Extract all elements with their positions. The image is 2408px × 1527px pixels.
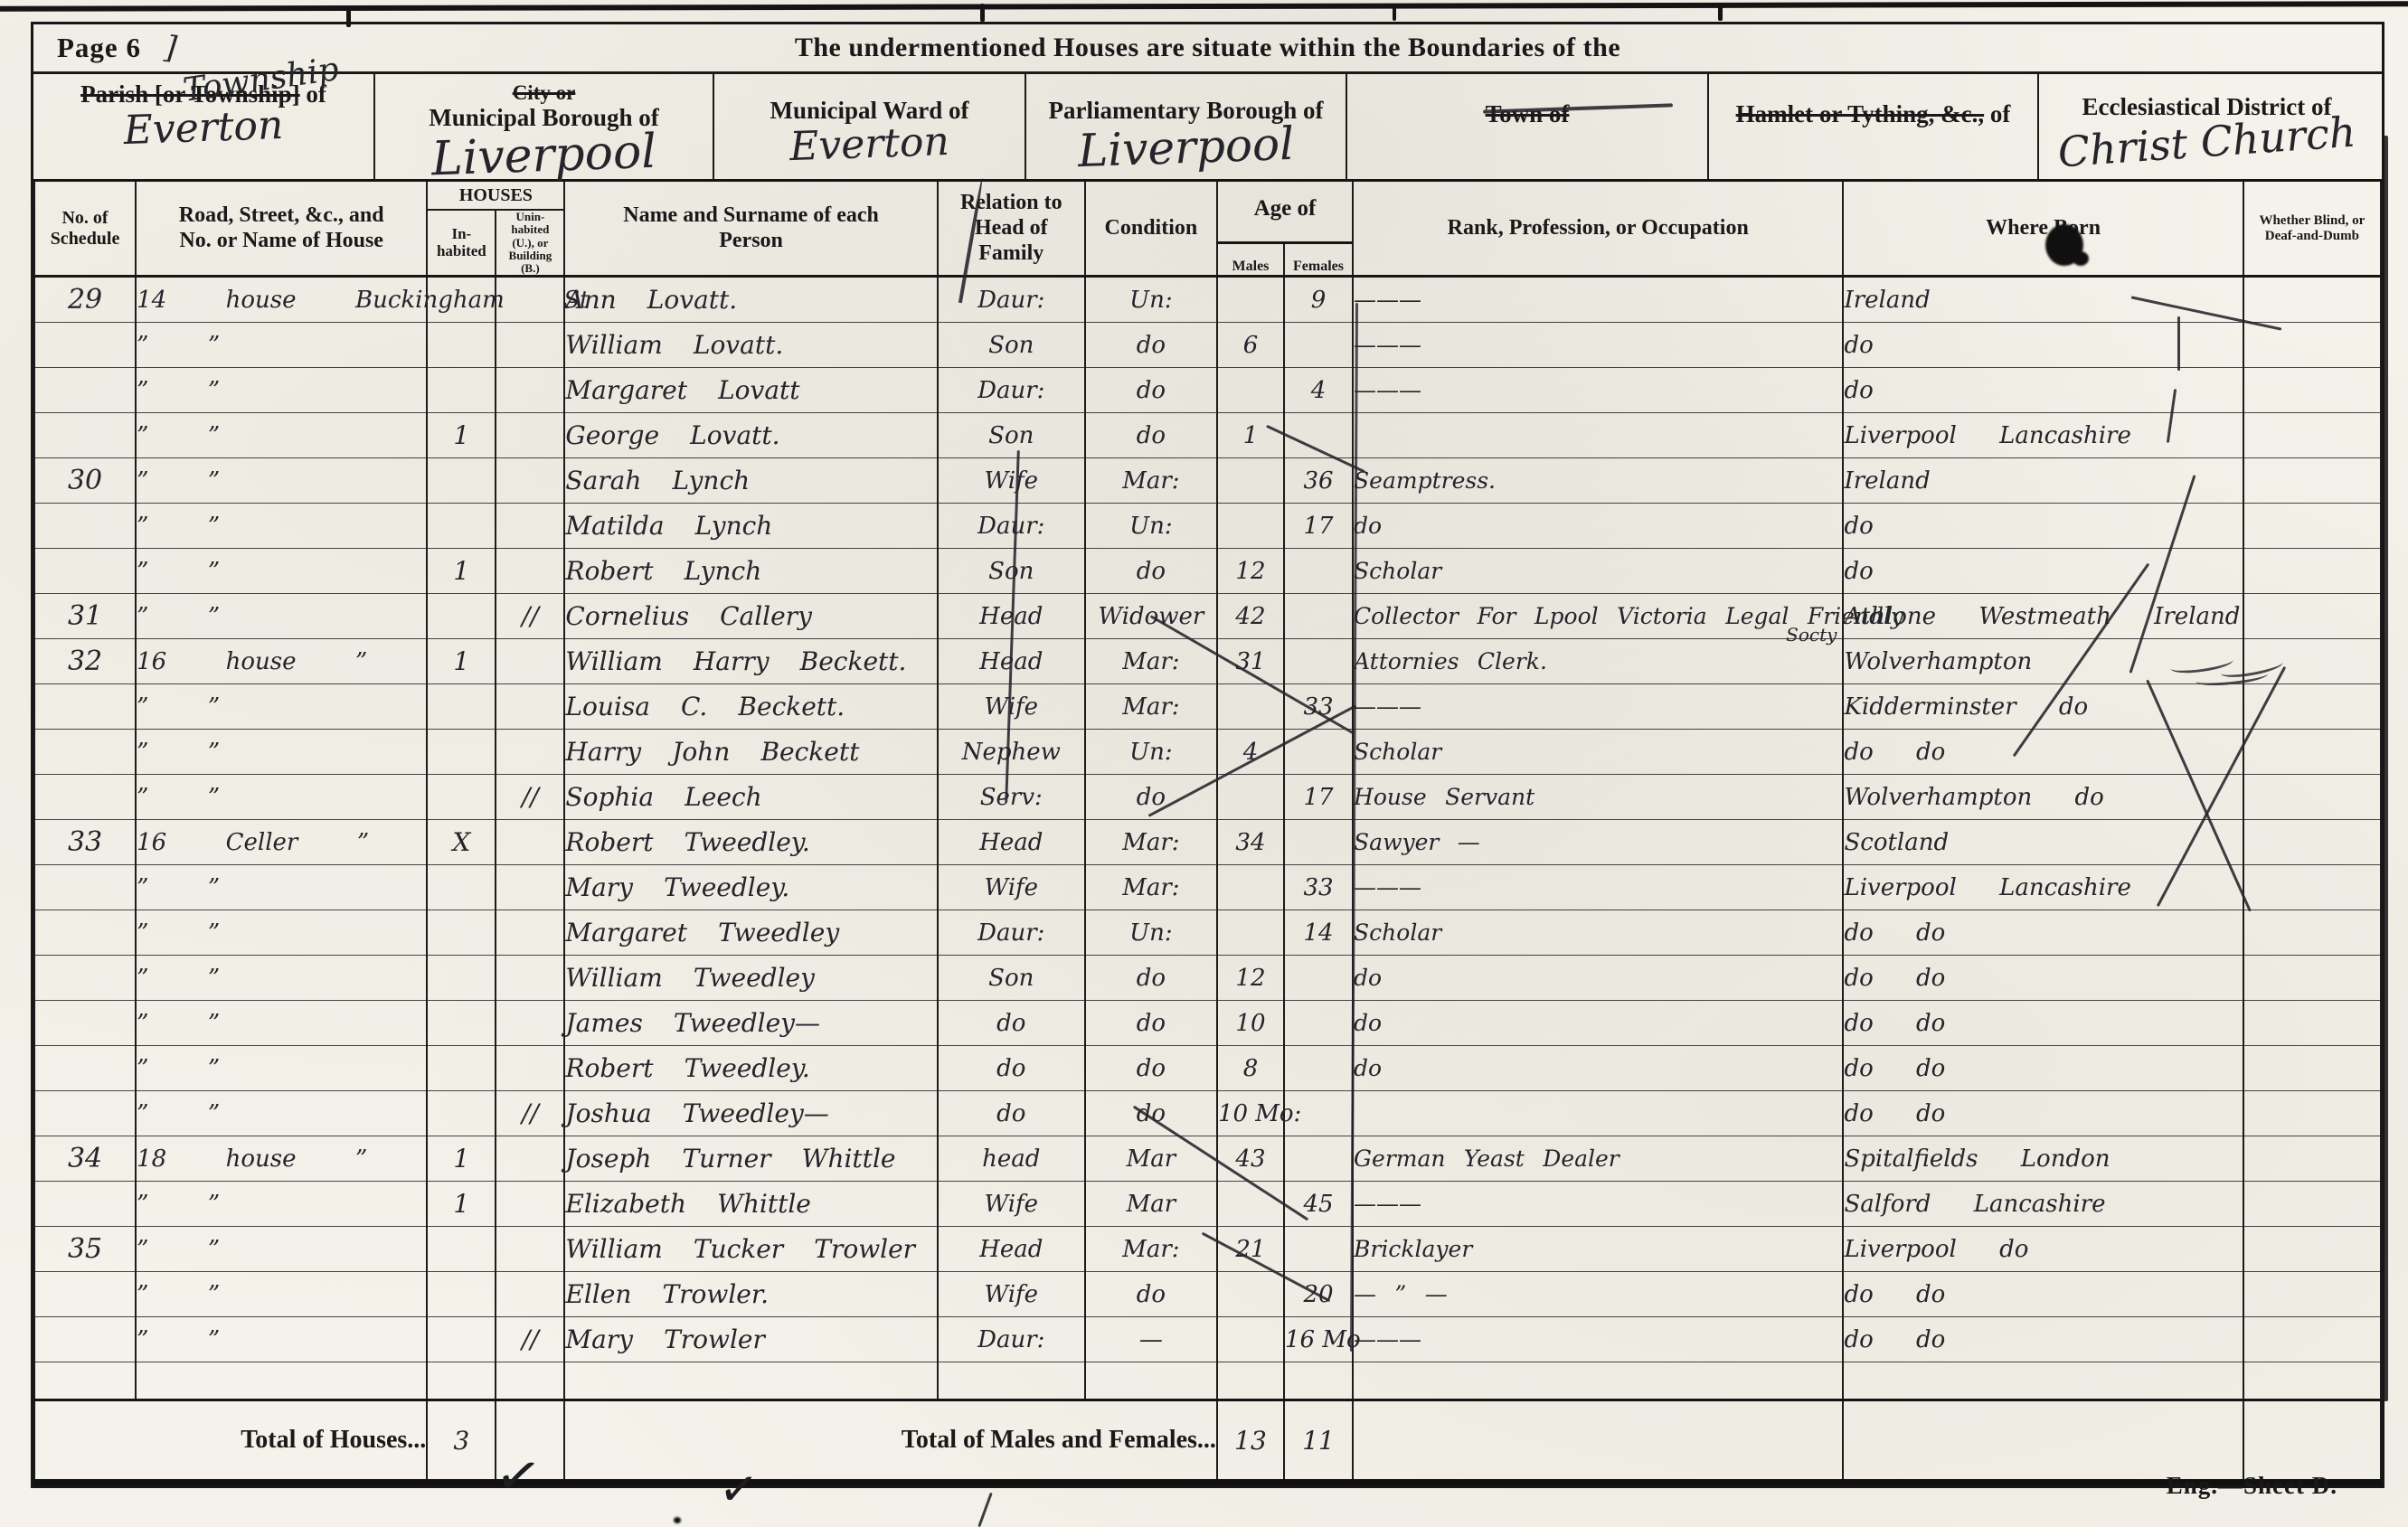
uninhabited-mark — [496, 323, 564, 368]
infirmity — [2243, 865, 2381, 910]
occupation: German Yeast Dealer — [1354, 1145, 1619, 1172]
infirmity — [2243, 413, 2381, 458]
road-street: ” ” — [136, 549, 427, 594]
infirmity — [2243, 910, 2381, 956]
occupation-cell: — ” — — [1353, 1272, 1843, 1317]
infirmity — [2243, 458, 2381, 504]
uninhabited-mark: // — [496, 594, 564, 639]
occupation-cell: Scholar — [1353, 549, 1843, 594]
occupation: ——— — [1354, 693, 1421, 720]
table-row: ” ” Margaret Lovatt Daur: do 4 ——— do — [34, 368, 2381, 413]
person-name: Harry John Beckett — [564, 730, 937, 775]
age-male: 4 — [1217, 730, 1284, 775]
age-male — [1217, 368, 1284, 413]
age-male — [1217, 910, 1284, 956]
schedule-number: 30 — [34, 458, 136, 504]
table-row: 35 ” ” William Tucker Trowler Head Mar: … — [34, 1227, 2381, 1272]
inhabited-mark — [427, 504, 496, 549]
occupation-cell: Scholar — [1353, 730, 1843, 775]
uninhabited-mark — [496, 730, 564, 775]
census-form: Page 6 ] The undermentioned Houses are s… — [31, 22, 2384, 1488]
inhabited-mark: 1 — [427, 639, 496, 684]
schedule-number — [34, 504, 136, 549]
empty-row — [34, 1362, 2381, 1400]
occupation: do — [1354, 1010, 1382, 1036]
scan-edge-top — [0, 1, 2408, 12]
occupation: ——— — [1354, 874, 1421, 900]
age-female: 33 — [1284, 865, 1353, 910]
table-row: ” ” // Sophia Leech Serv: do 17 House Se… — [34, 775, 2381, 820]
occupation: ——— — [1354, 287, 1421, 313]
uninhabited-mark — [496, 1136, 564, 1182]
age-male — [1217, 775, 1284, 820]
occupation: ——— — [1354, 377, 1421, 403]
ward-label: Municipal Ward of — [714, 98, 1025, 123]
schedule-number: 34 — [34, 1136, 136, 1182]
scan-tick — [1718, 5, 1723, 21]
age-female — [1284, 1227, 1353, 1272]
age-male — [1217, 1272, 1284, 1317]
inhabited-mark: X — [427, 820, 496, 865]
schedule-number — [34, 368, 136, 413]
schedule-number: 35 — [34, 1227, 136, 1272]
uninhabited-mark — [496, 639, 564, 684]
occupation: do — [1354, 1055, 1382, 1081]
condition: do — [1085, 1091, 1217, 1136]
town-label-struck: Town of — [1486, 101, 1570, 127]
infirmity — [2243, 1001, 2381, 1046]
condition: do — [1085, 368, 1217, 413]
road-street: ” ” — [136, 1227, 427, 1272]
inhabited-mark — [427, 1091, 496, 1136]
age-male — [1217, 277, 1284, 323]
condition: Mar — [1085, 1136, 1217, 1182]
infirmity — [2243, 1091, 2381, 1136]
inhabited-mark — [427, 1001, 496, 1046]
where-born: Ireland — [1843, 277, 2243, 323]
boundary-town: Town of — [1347, 74, 1709, 179]
total-houses-value: 3 — [427, 1400, 496, 1483]
condition: Mar: — [1085, 820, 1217, 865]
inhabited-mark — [427, 910, 496, 956]
parliamentary-value: Liverpool — [1025, 119, 1346, 175]
relation: head — [938, 1136, 1085, 1182]
road-street: ” ” — [136, 413, 427, 458]
schedule-number: 32 — [34, 639, 136, 684]
person-name: William Tucker Trowler — [564, 1227, 937, 1272]
header-occupation: Rank, Profession, or Occupation — [1353, 182, 1843, 277]
person-name: Robert Tweedley. — [564, 1046, 937, 1091]
occupation: ——— — [1354, 1191, 1421, 1217]
age-female — [1284, 639, 1353, 684]
inhabited-mark — [427, 956, 496, 1001]
occupation: ——— — [1354, 332, 1421, 358]
table-row: ” ” Margaret Tweedley Daur: Un: 14 Schol… — [34, 910, 2381, 956]
road-street: ” ” — [136, 730, 427, 775]
road-street: ” ” — [136, 1046, 427, 1091]
person-name: Sophia Leech — [564, 775, 937, 820]
where-born: do — [1843, 323, 2243, 368]
occupation-cell — [1353, 1091, 1843, 1136]
occupation-cell: ——— — [1353, 1317, 1843, 1362]
inhabited-mark — [427, 458, 496, 504]
age-male: 1 — [1217, 413, 1284, 458]
header-relation: Relation to Head of Family — [938, 182, 1085, 277]
infirmity — [2243, 775, 2381, 820]
uninhabited-mark — [496, 910, 564, 956]
occupation-cell: do — [1353, 1046, 1843, 1091]
inhabited-mark — [427, 368, 496, 413]
where-born: Wolverhampton do — [1843, 775, 2243, 820]
occupation: House Servant — [1354, 784, 1535, 810]
boundary-boxes: Township Parish [or Township] of Everton… — [33, 74, 2382, 182]
table-row: 31 ” ” // Cornelius Callery Head Widower… — [34, 594, 2381, 639]
road-street: ” ” — [136, 368, 427, 413]
age-male — [1217, 1182, 1284, 1227]
table-row: ” ” William Lovatt. Son do 6 ——— do — [34, 323, 2381, 368]
age-female: 14 — [1284, 910, 1353, 956]
road-street: 16 house ” — [136, 639, 427, 684]
census-table: No. of Schedule Road, Street, &c., and N… — [33, 182, 2382, 1485]
relation: Head — [938, 820, 1085, 865]
relation: do — [938, 1001, 1085, 1046]
where-born: Liverpool do — [1843, 1227, 2243, 1272]
infirmity — [2243, 730, 2381, 775]
table-row: ” ” // Joshua Tweedley— do do 10 Mo: do … — [34, 1091, 2381, 1136]
table-row: ” ” 1 Elizabeth Whittle Wife Mar 45 ——— … — [34, 1182, 2381, 1227]
hamlet-label-suffix: of — [1990, 100, 2011, 127]
check-mark: ✓ — [716, 1461, 761, 1519]
table-row: ” ” Mary Tweedley. Wife Mar: 33 ——— Live… — [34, 865, 2381, 910]
road-street: ” ” — [136, 1091, 427, 1136]
age-male — [1217, 1317, 1284, 1362]
column-headers: No. of Schedule Road, Street, &c., and N… — [34, 182, 2381, 277]
boundary-ecclesiastical: Ecclesiastical District of Christ Church — [2039, 74, 2375, 179]
condition: Mar: — [1085, 1227, 1217, 1272]
where-born: do do — [1843, 1091, 2243, 1136]
condition: do — [1085, 323, 1217, 368]
inhabited-mark — [427, 684, 496, 730]
table-row: ” ” Matilda Lynch Daur: Un: 17 do do — [34, 504, 2381, 549]
age-male: 10 Mo: — [1217, 1091, 1284, 1136]
road-street: ” ” — [136, 956, 427, 1001]
occupation-cell: House Servant — [1353, 775, 1843, 820]
person-name: Louisa C. Beckett. — [564, 684, 937, 730]
occupation-cell: do — [1353, 504, 1843, 549]
uninhabited-mark — [496, 458, 564, 504]
relation: Head — [938, 1227, 1085, 1272]
schedule-number — [34, 1317, 136, 1362]
uninhabited-mark — [496, 549, 564, 594]
schedule-number — [34, 730, 136, 775]
person-name: Cornelius Callery — [564, 594, 937, 639]
schedule-number — [34, 865, 136, 910]
header-age-group: Age of — [1217, 182, 1353, 243]
ink-dot — [674, 1517, 681, 1523]
road-street: ” ” — [136, 504, 427, 549]
infirmity — [2243, 1046, 2381, 1091]
relation: Daur: — [938, 910, 1085, 956]
road-street: ” ” — [136, 458, 427, 504]
person-name: Mary Trowler — [564, 1317, 937, 1362]
scan-tick — [1393, 6, 1396, 21]
infirmity — [2243, 956, 2381, 1001]
condition: do — [1085, 413, 1217, 458]
schedule-number — [34, 956, 136, 1001]
header-inhabited: In-habited — [427, 210, 496, 277]
person-name: Joseph Turner Whittle — [564, 1136, 937, 1182]
occupation: ——— — [1354, 1326, 1421, 1353]
condition: Un: — [1085, 504, 1217, 549]
uninhabited-mark — [496, 956, 564, 1001]
header-females: Females — [1284, 243, 1353, 277]
occupation-cell: do — [1353, 956, 1843, 1001]
uninhabited-mark — [496, 865, 564, 910]
infirmity — [2243, 1227, 2381, 1272]
inhabited-mark — [427, 775, 496, 820]
table-row: 29 14 house Buckingham St Ann Lovatt. Da… — [34, 277, 2381, 323]
city-or-struck: City or — [375, 81, 713, 105]
condition: do — [1085, 1001, 1217, 1046]
inhabited-mark — [427, 730, 496, 775]
person-name: Robert Lynch — [564, 549, 937, 594]
occupation-cell: ——— — [1353, 323, 1843, 368]
relation: do — [938, 1091, 1085, 1136]
age-male: 8 — [1217, 1046, 1284, 1091]
where-born: Spitalfields London — [1843, 1136, 2243, 1182]
infirmity — [2243, 277, 2381, 323]
totals-row: Total of Houses... 3 Total of Males and … — [34, 1400, 2381, 1483]
condition: Un: — [1085, 910, 1217, 956]
schedule-number — [34, 1046, 136, 1091]
condition: do — [1085, 1272, 1217, 1317]
inhabited-mark: 1 — [427, 1182, 496, 1227]
condition: Un: — [1085, 730, 1217, 775]
total-females-value: 11 — [1284, 1400, 1353, 1483]
age-male: 10 — [1217, 1001, 1284, 1046]
uninhabited-mark — [496, 413, 564, 458]
age-male: 6 — [1217, 323, 1284, 368]
schedule-number — [34, 413, 136, 458]
age-male: 34 — [1217, 820, 1284, 865]
total-persons-label: Total of Males and Females... — [564, 1400, 1217, 1483]
occupation: Attornies Clerk. — [1354, 648, 1547, 674]
person-name: Sarah Lynch — [564, 458, 937, 504]
condition: do — [1085, 549, 1217, 594]
header-uninhabited: Unin-habited (U.), or Building (B.) — [496, 210, 564, 277]
person-name: William Lovatt. — [564, 323, 937, 368]
inhabited-mark — [427, 865, 496, 910]
age-male — [1217, 504, 1284, 549]
schedule-number — [34, 1182, 136, 1227]
condition: Mar: — [1085, 684, 1217, 730]
occupation-cell: German Yeast Dealer — [1353, 1136, 1843, 1182]
infirmity — [2243, 1136, 2381, 1182]
condition: Un: — [1085, 277, 1217, 323]
occupation: Scholar — [1354, 739, 1441, 765]
uninhabited-mark — [496, 368, 564, 413]
uninhabited-mark — [496, 820, 564, 865]
sheet-title: The undermentioned Houses are situate wi… — [33, 33, 2382, 63]
person-name: Matilda Lynch — [564, 504, 937, 549]
table-row: ” ” James Tweedley— do do 10 do do do — [34, 1001, 2381, 1046]
where-born: do do — [1843, 1272, 2243, 1317]
occupation: do — [1354, 513, 1382, 539]
age-female: 45 — [1284, 1182, 1353, 1227]
occupation-cell: ——— — [1353, 277, 1843, 323]
header-infirmity: Whether Blind, or Deaf-and-Dumb — [2243, 182, 2381, 277]
where-born: do — [1843, 549, 2243, 594]
relation: Wife — [938, 865, 1085, 910]
road-street: ” ” — [136, 1182, 427, 1227]
age-female — [1284, 1001, 1353, 1046]
person-name: William Tweedley — [564, 956, 937, 1001]
person-rows: 29 14 house Buckingham St Ann Lovatt. Da… — [34, 277, 2381, 1362]
infirmity — [2243, 1317, 2381, 1362]
table-row: 30 ” ” Sarah Lynch Wife Mar: 36 Seamptre… — [34, 458, 2381, 504]
age-female: 36 — [1284, 458, 1353, 504]
where-born: do do — [1843, 956, 2243, 1001]
occupation-cell — [1353, 413, 1843, 458]
road-street: ” ” — [136, 910, 427, 956]
uninhabited-mark — [496, 1227, 564, 1272]
occupation: — ” — — [1354, 1281, 1448, 1307]
age-male — [1217, 865, 1284, 910]
schedule-number — [34, 549, 136, 594]
person-name: William Harry Beckett. — [564, 639, 937, 684]
infirmity — [2243, 820, 2381, 865]
age-female: 16 Mo — [1284, 1317, 1353, 1362]
uninhabited-mark: // — [496, 775, 564, 820]
inhabited-mark — [427, 323, 496, 368]
person-name: Joshua Tweedley— — [564, 1091, 937, 1136]
condition: Mar — [1085, 1182, 1217, 1227]
relation: Wife — [938, 1182, 1085, 1227]
where-born: Ireland — [1843, 458, 2243, 504]
age-female: 4 — [1284, 368, 1353, 413]
ink-blot — [2073, 251, 2089, 266]
infirmity — [2243, 504, 2381, 549]
road-street: ” ” — [136, 1317, 427, 1362]
schedule-number — [34, 1272, 136, 1317]
person-name: Mary Tweedley. — [564, 865, 937, 910]
occupation-cell: ——— — [1353, 865, 1843, 910]
schedule-number: 33 — [34, 820, 136, 865]
person-name: Robert Tweedley. — [564, 820, 937, 865]
age-male: 12 — [1217, 549, 1284, 594]
where-born: Salford Lancashire — [1843, 1182, 2243, 1227]
age-male: 42 — [1217, 594, 1284, 639]
occupation: Seamptress. — [1354, 467, 1496, 494]
where-born: do — [1843, 368, 2243, 413]
where-born: do do — [1843, 1046, 2243, 1091]
condition: Mar: — [1085, 865, 1217, 910]
pen-stroke — [977, 1493, 993, 1527]
relation: Wife — [938, 1272, 1085, 1317]
condition: Mar: — [1085, 458, 1217, 504]
occupation-cell: do — [1353, 1001, 1843, 1046]
inhabited-mark — [427, 1272, 496, 1317]
boundary-hamlet: Hamlet or Tything, &c., of — [1709, 74, 2039, 179]
relation: Daur: — [938, 504, 1085, 549]
hamlet-label-struck: Hamlet or Tything, &c., — [1736, 100, 1984, 127]
road-street: ” ” — [136, 1001, 427, 1046]
where-born: Liverpool Lancashire — [1843, 413, 2243, 458]
parish-value: Everton — [33, 103, 373, 155]
check-mark: ✓ — [490, 1441, 546, 1512]
where-born: do do — [1843, 730, 2243, 775]
table-row: ” ” Robert Tweedley. do do 8 do do do — [34, 1046, 2381, 1091]
relation: Daur: — [938, 1317, 1085, 1362]
inhabited-mark — [427, 1046, 496, 1091]
uninhabited-mark — [496, 684, 564, 730]
schedule-number — [34, 1091, 136, 1136]
age-female: 9 — [1284, 277, 1353, 323]
relation: Son — [938, 413, 1085, 458]
where-born: Liverpool Lancashire — [1843, 865, 2243, 910]
person-name: Elizabeth Whittle — [564, 1182, 937, 1227]
occupation: Bricklayer — [1354, 1236, 1472, 1262]
occupation: Scholar — [1354, 919, 1441, 946]
road-street: ” ” — [136, 684, 427, 730]
occupation-cell: Collector For Lpool Victoria Legal Frien… — [1353, 594, 1843, 639]
age-male: 43 — [1217, 1136, 1284, 1182]
road-street: ” ” — [136, 323, 427, 368]
uninhabited-mark — [496, 1272, 564, 1317]
title-row: Page 6 ] The undermentioned Houses are s… — [33, 24, 2382, 74]
age-female — [1284, 323, 1353, 368]
table-row: ” ” Ellen Trowler. Wife do 20 — ” — do d… — [34, 1272, 2381, 1317]
table-row: ” ” 1 George Lovatt. Son do 1 Liverpool … — [34, 413, 2381, 458]
borough-value: Liverpool — [374, 127, 713, 185]
occupation-cell: Seamptress. — [1353, 458, 1843, 504]
table-row: ” ” William Tweedley Son do 12 do do do — [34, 956, 2381, 1001]
occupation-cell: ——— — [1353, 1182, 1843, 1227]
uninhabited-mark: // — [496, 1091, 564, 1136]
header-road: Road, Street, &c., and No. or Name of Ho… — [136, 182, 427, 277]
occupation: Scholar — [1354, 558, 1441, 584]
age-female: 17 — [1284, 504, 1353, 549]
road-street: ” ” — [136, 1272, 427, 1317]
age-male — [1217, 684, 1284, 730]
occupation-cell: ——— — [1353, 684, 1843, 730]
header-condition: Condition — [1085, 182, 1217, 277]
where-born: do do — [1843, 910, 2243, 956]
road-street: 14 house Buckingham St — [136, 277, 427, 323]
age-female: 17 — [1284, 775, 1353, 820]
age-male: 21 — [1217, 1227, 1284, 1272]
uninhabited-mark — [496, 1001, 564, 1046]
uninhabited-mark: // — [496, 1317, 564, 1362]
person-name: Margaret Lovatt — [564, 368, 937, 413]
relation: Serv: — [938, 775, 1085, 820]
uninhabited-mark — [496, 504, 564, 549]
schedule-number — [34, 1001, 136, 1046]
age-female — [1284, 549, 1353, 594]
age-female — [1284, 1046, 1353, 1091]
person-name: Ellen Trowler. — [564, 1272, 937, 1317]
person-name: James Tweedley— — [564, 1001, 937, 1046]
road-street: 18 house ” — [136, 1136, 427, 1182]
condition: do — [1085, 1046, 1217, 1091]
table-row: ” ” Louisa C. Beckett. Wife Mar: 33 ——— … — [34, 684, 2381, 730]
condition: — — [1085, 1317, 1217, 1362]
occupation: do — [1354, 965, 1382, 991]
boundary-parish: Township Parish [or Township] of Everton — [33, 74, 375, 179]
occupation-cell: Bricklayer — [1353, 1227, 1843, 1272]
boundary-parliamentary: Parliamentary Borough of Liverpool — [1026, 74, 1347, 179]
scan-tick — [980, 4, 985, 22]
